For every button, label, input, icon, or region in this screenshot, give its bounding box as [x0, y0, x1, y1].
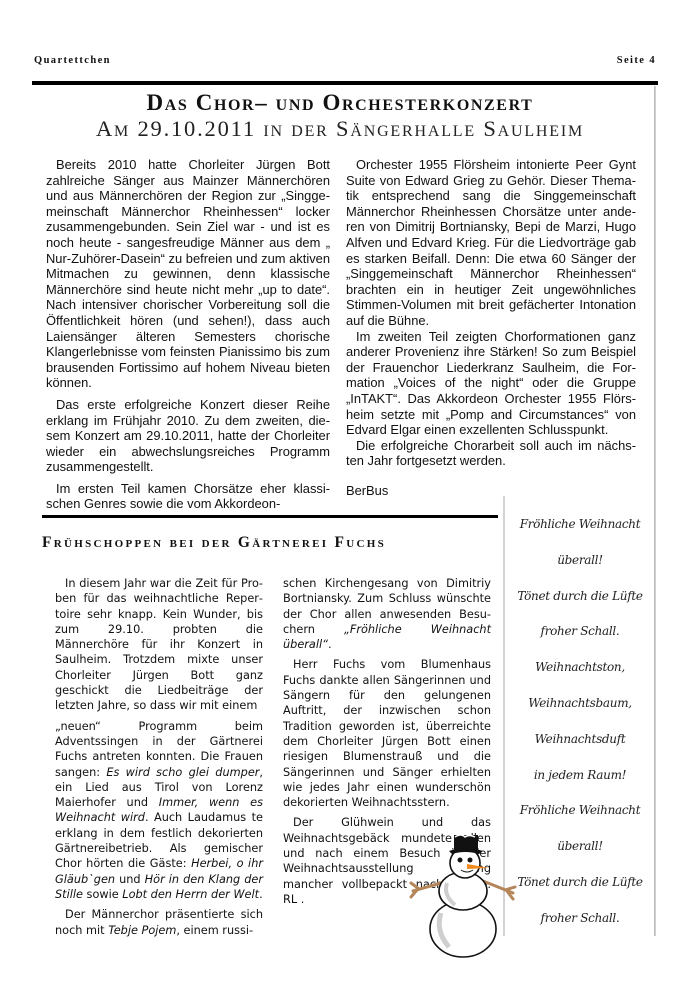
article1-column-2: Orchester 1955 Flörsheim intonierte Peer…	[346, 157, 636, 498]
poem-line: Weihnachtsbaum,	[505, 694, 655, 730]
song-title: Tebje Pojem	[108, 924, 176, 937]
poem-line: überall!	[505, 837, 655, 873]
song-title: Lobt den Herrn der Welt	[122, 888, 259, 901]
paragraph: Der Männerchor präsentierte sich noch mi…	[55, 907, 263, 938]
text: sowie	[83, 888, 122, 901]
article1-column-1: Bereits 2010 hatte Chorleiter Jürgen Bot…	[46, 157, 330, 512]
poem-line: in jedem Raum!	[505, 766, 655, 802]
song-title: Es wird scho glei dumper	[106, 766, 259, 779]
paragraph: Im ersten Teil kamen Chorsätze eher klas…	[46, 481, 330, 512]
text: , einem russi-	[176, 924, 253, 937]
paragraph: „neuen“ Programm beim Adventssin­gen in …	[55, 719, 263, 903]
article2-title: Frühschoppen bei der Gärtnerei Fuchs	[42, 534, 502, 552]
poem-line: Weihnachtsduft	[505, 730, 655, 766]
paragraph: Orchester 1955 Flörsheim intonierte Peer…	[346, 157, 636, 329]
text: .	[259, 888, 263, 901]
text: .	[328, 638, 332, 651]
article1-subtitle: Am 29.10.2011 in der Sängerhalle Saulhei…	[30, 116, 650, 142]
poem-line: froher Schall.	[505, 909, 655, 945]
article2-column-1: In diesem Jahr war die Zeit für Pro­ben …	[55, 576, 263, 938]
poem-line: Tönet durch die Lüfte	[505, 873, 655, 909]
paragraph: Bereits 2010 hatte Chorleiter Jürgen Bot…	[46, 157, 330, 391]
text: und	[115, 873, 145, 886]
snowman-icon	[405, 833, 520, 958]
page-number: Seite 4	[617, 55, 656, 66]
publication-name: Quartettchen	[34, 55, 111, 66]
paragraph: In diesem Jahr war die Zeit für Pro­ben …	[55, 576, 263, 714]
article1-title: Das Chor– und Orchesterkonzert	[30, 90, 650, 116]
paragraph: Im zweiten Teil zeigten Chorformationen …	[346, 329, 636, 438]
poem-line: Fröhliche Weihnacht	[505, 801, 655, 837]
christmas-poem: Fröhliche Weihnacht überall! Tönet durch…	[505, 515, 655, 945]
poem-line: Weihnachtston,	[505, 658, 655, 694]
section-rule	[42, 515, 498, 518]
top-rule	[32, 81, 658, 85]
paragraph: Das erste erfolgreiche Konzert dieser Re…	[46, 397, 330, 475]
poem-line: Tönet durch die Lüfte	[505, 587, 655, 623]
paragraph: Herr Fuchs vom Blumenhaus Fuchs dankte a…	[283, 657, 491, 810]
paragraph: Die erfolgreiche Chorarbeit soll auch im…	[346, 438, 636, 469]
poem-line: überall!	[505, 551, 655, 587]
article1-signature: BerBus	[346, 483, 636, 499]
poem-line: Fröhliche Weihnacht	[505, 515, 655, 551]
paragraph: schen Kirchengesang von Dimitriy Bortnia…	[283, 576, 491, 652]
poem-line: froher Schall.	[505, 622, 655, 658]
